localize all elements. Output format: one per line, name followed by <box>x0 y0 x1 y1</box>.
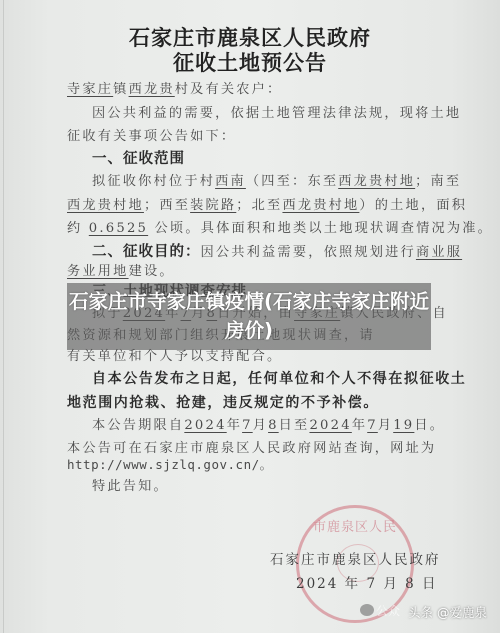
period-end-year: 2024 <box>309 418 351 433</box>
period-end-day: 19 <box>393 418 414 433</box>
s1-north-boundary: 西龙贵村地 <box>282 198 359 213</box>
section1-line-3: 约 0.6525 公顷。具体面积和地类以土地现状调查情况为准。 <box>67 221 437 237</box>
section1-line-1: 拟征收你村位于村西南（四至：东至西龙贵村地；南至 <box>92 174 462 190</box>
s1-text: ；南至 <box>415 174 461 189</box>
period-text: 本公告期限自 <box>92 418 184 433</box>
section2-heading: 二、征收目的： <box>92 244 201 260</box>
s1-text: ；西至 <box>144 198 190 213</box>
section3-line-3: 有关单位和个人予以支持配合。 <box>67 349 437 365</box>
wechat-logo-icon <box>360 604 374 616</box>
s1-south-boundary: 西龙贵村地 <box>67 198 144 213</box>
headline-text: 石家庄市寺家庄镇疫情(石家庄寺家庄附近房价) <box>67 287 431 345</box>
warning-line-2: 地范围内抢栽、抢建，违反规定的不予补偿。 <box>67 395 437 411</box>
signature-date: 2024 年 7 月 8 日 <box>296 572 438 592</box>
closing-line: 特此告知。 <box>92 479 462 495</box>
addressee-line: 寺家庄镇西龙贵村及有关农户： <box>67 82 437 98</box>
period-text: 月 <box>378 418 393 433</box>
s2-purpose: 务业用地 <box>67 264 129 279</box>
section2-line-2: 务业用地建设。 <box>67 264 437 280</box>
intro-line-1: 因公共利益的需要，依据土地管理法律法规，现将土地 <box>92 106 462 122</box>
period-start-year: 2024 <box>184 418 226 433</box>
watermark-faint: 公众 <box>376 602 400 619</box>
s1-location: 西南 <box>215 174 246 189</box>
s1-text: （四至：东至 <box>246 174 338 189</box>
website-line: 本公告可在石家庄市鹿泉区人民政府网站查询，网址为 <box>67 441 437 457</box>
seal-text: 市鹿泉区人民 <box>299 516 411 535</box>
addressee-village: 西龙贵 <box>129 82 175 97</box>
s2-purpose: 商业服 <box>416 245 462 260</box>
website-url: http://www.sjzlq.gov.cn/。 <box>67 457 437 473</box>
watermark-toutiao: 头条 @爱鹿泉 <box>408 603 487 621</box>
addressee-town: 寺家庄 <box>67 82 113 97</box>
period-end-month: 7 <box>367 418 378 433</box>
section2-line-1: 二、征收目的：因公共利益需要，依照规划进行商业服 <box>92 244 462 261</box>
headline-overlay: 石家庄市寺家庄镇疫情(石家庄寺家庄附近房价) <box>67 283 431 350</box>
s1-text: 拟征收你村位于村 <box>92 174 215 189</box>
period-line: 本公告期限自2024年7月8日至2024年7月19日。 <box>92 418 462 434</box>
s1-text: ）的土地，面积 <box>359 198 467 213</box>
section1-heading: 一、征收范围 <box>92 151 462 167</box>
paper-edge <box>3 0 4 633</box>
s2-text: 因公共利益需要，依照规划进行 <box>201 245 416 260</box>
s2-text: 建设。 <box>129 264 175 279</box>
s1-area-value: 0.6525 <box>89 221 148 236</box>
s1-text: ；北至 <box>236 198 282 213</box>
document-title-subject: 征收土地预公告 <box>0 47 500 77</box>
warning-line-1: 自本公告发布之日起，任何单位和个人不得在拟征收土 <box>92 371 462 387</box>
period-start-month: 7 <box>242 418 253 433</box>
period-start-day: 8 <box>268 418 279 433</box>
period-text: 日。 <box>414 418 445 433</box>
s1-east-boundary: 西龙贵村地 <box>338 174 415 189</box>
addressee-rest: 村及有关农户： <box>175 82 283 97</box>
section1-line-2: 西龙贵村地；西至装院路；北至西龙贵村地）的土地，面积 <box>67 198 437 214</box>
s1-text: 约 <box>67 221 82 236</box>
s1-west-boundary: 装院路 <box>190 198 236 213</box>
period-text: 日至 <box>279 418 310 433</box>
signature-org: 石家庄市鹿泉区人民政府 <box>270 548 441 568</box>
intro-line-2: 征收有关事项公告如下： <box>67 129 437 145</box>
s1-text: 公顷。具体面积和地类以土地现状调查情况为准。 <box>155 221 494 236</box>
addressee-town-suffix: 镇 <box>113 82 128 97</box>
period-text: 年 <box>352 418 367 433</box>
period-text: 年 <box>227 418 242 433</box>
period-text: 月 <box>253 418 268 433</box>
